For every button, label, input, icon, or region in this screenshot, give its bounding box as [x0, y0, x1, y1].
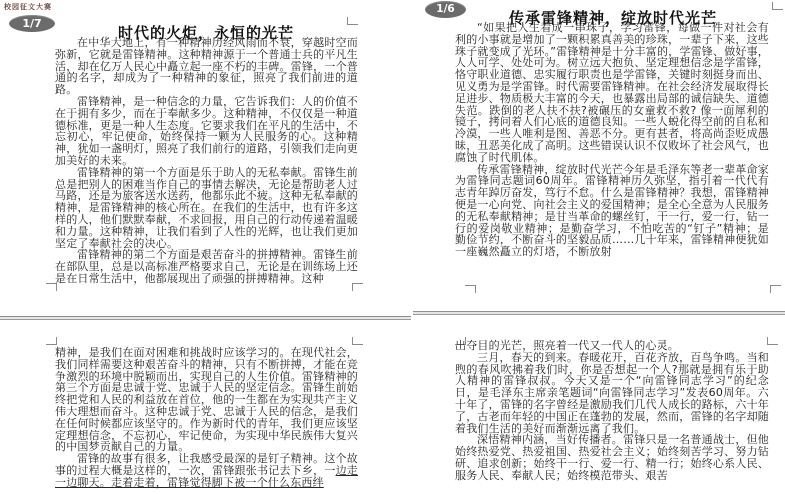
text-run: 在中华大地上，有一种精神历经风雨而不衰，穿越时空而弥新，它就是雷锋精神。这种精神…: [55, 36, 358, 96]
page-corner-mark: [347, 17, 358, 25]
page-break-divider: [413, 311, 785, 315]
paragraph: 精神，是我们在面对困难和挑战时应该学习的。在现代社会，我们同样需要这种艰苦奋斗的…: [55, 347, 358, 453]
page-corner-mark: [352, 337, 363, 345]
text-run: 三月，春天的到来。春暖花开，百花齐放，百鸟争鸣。当和煦的春风吹拂着我们时，你是否…: [455, 351, 769, 435]
text-run: “如果把人生看成一串珠子，学习雷锋，每做一件对社会有利的小事就是增加了一颗积累真…: [455, 21, 769, 164]
essay-document-right[interactable]: 1/6 传承雷锋精神，绽放时代光芒 “如果把人生看成一串珠子，学习雷锋，每做一件…: [412, 0, 785, 494]
paragraph: “如果把人生看成一串珠子，学习雷锋，每做一件对社会有利的小事就是增加了一颗积累真…: [455, 22, 769, 164]
paragraph: 雷锋精神的第一个方面是乐于助人的无私奉献。雷锋生前总是把别人的困难当作自己的事情…: [55, 167, 358, 250]
paragraph: 雷锋精神，是一种信念的力量，它告诉我们：人的价值不在于拥有多少，而在于奉献多少。…: [55, 96, 358, 167]
paragraph: 三月，春天的到来。春暖花开，百花齐放，百鸟争鸣。当和煦的春风吹拂着我们时，你是否…: [455, 352, 769, 435]
text-run: 雷锋精神的第一个方面是乐于助人的无私奉献。雷锋生前总是把别人的困难当作自己的事情…: [55, 166, 358, 250]
page-corner-mark: [352, 283, 363, 291]
essay-document-left[interactable]: 1/7 时代的火炬，永恒的光芒 在中华大地上，有一种精神历经风雨而不衰，穿越时空…: [0, 0, 411, 494]
text-run: 雷锋精神的第二个方面是艰苦奋斗的拼搏精神。雷锋生前在部队里，总是以高标准严格要求…: [55, 248, 358, 285]
text-run: 精神，是我们在面对困难和挑战时应该学习的。在现代社会，我们同样需要这种艰苦奋斗的…: [55, 346, 358, 453]
text-run: 雷锋的故事有很多，让我感受最深的是钉子精神。这个故事的过程大概是这样的，一次，雷…: [55, 452, 358, 477]
page-count-badge: 1/7: [9, 15, 55, 32]
paragraph: 深悟精神内涵，当好传播者。雷锋只是一名普通战士，但他始终热爱党、热爱祖国、热爱社…: [455, 434, 769, 481]
page-corner-mark: [772, 2, 783, 10]
text-run: 传承雷锋精神，绽放时代光芒今年是毛泽东等老一辈革命家为雷锋同志题词60周年。雷锋…: [455, 163, 769, 259]
paragraph: 雷锋精神的第二个方面是艰苦奋斗的拼搏精神。雷锋生前在部队里，总是以高标准严格要求…: [55, 249, 358, 284]
paragraph: 传承雷锋精神，绽放时代光芒今年是毛泽东等老一辈革命家为雷锋同志题词60周年。雷锋…: [455, 164, 769, 258]
essay-page-1-body: 在中华大地上，有一种精神历经风雨而不衰，穿越时空而弥新，它就是雷锋精神。这种精神…: [55, 37, 358, 285]
page-corner-mark: [770, 285, 781, 293]
page-break-divider: [0, 316, 411, 320]
page-corner-mark: [46, 337, 57, 345]
text-run: 雷锋精神，是一种信念的力量，它告诉我们：人的价值不在于拥有多少，而在于奉献多少。…: [55, 95, 358, 167]
text-run: 深悟精神内涵，当好传播者。雷锋只是一名普通战士，但他始终热爱党、热爱祖国、热爱社…: [455, 433, 769, 481]
essay-page-1-body: “如果把人生看成一串珠子，学习雷锋，每做一件对社会有利的小事就是增加了一颗积累真…: [455, 22, 769, 258]
page-corner-mark: [465, 285, 476, 293]
essay-page-2-body: 出夺目的光芒，照亮着一代又一代人的心灵。三月，春天的到来。春暖花开，百花齐放，百…: [455, 340, 769, 482]
paragraph: 在中华大地上，有一种精神历经风雨而不衰，穿越时空而弥新，它就是雷锋精神。这种精神…: [55, 37, 358, 96]
paragraph: 雷锋的故事有很多，让我感受最深的是钉子精神。这个故事的过程大概是这样的，一次，雷…: [55, 453, 358, 488]
page-corner-mark: [46, 283, 57, 291]
essay-page-2-body: 精神，是我们在面对困难和挑战时应该学习的。在现代社会，我们同样需要这种艰苦奋斗的…: [55, 347, 358, 489]
